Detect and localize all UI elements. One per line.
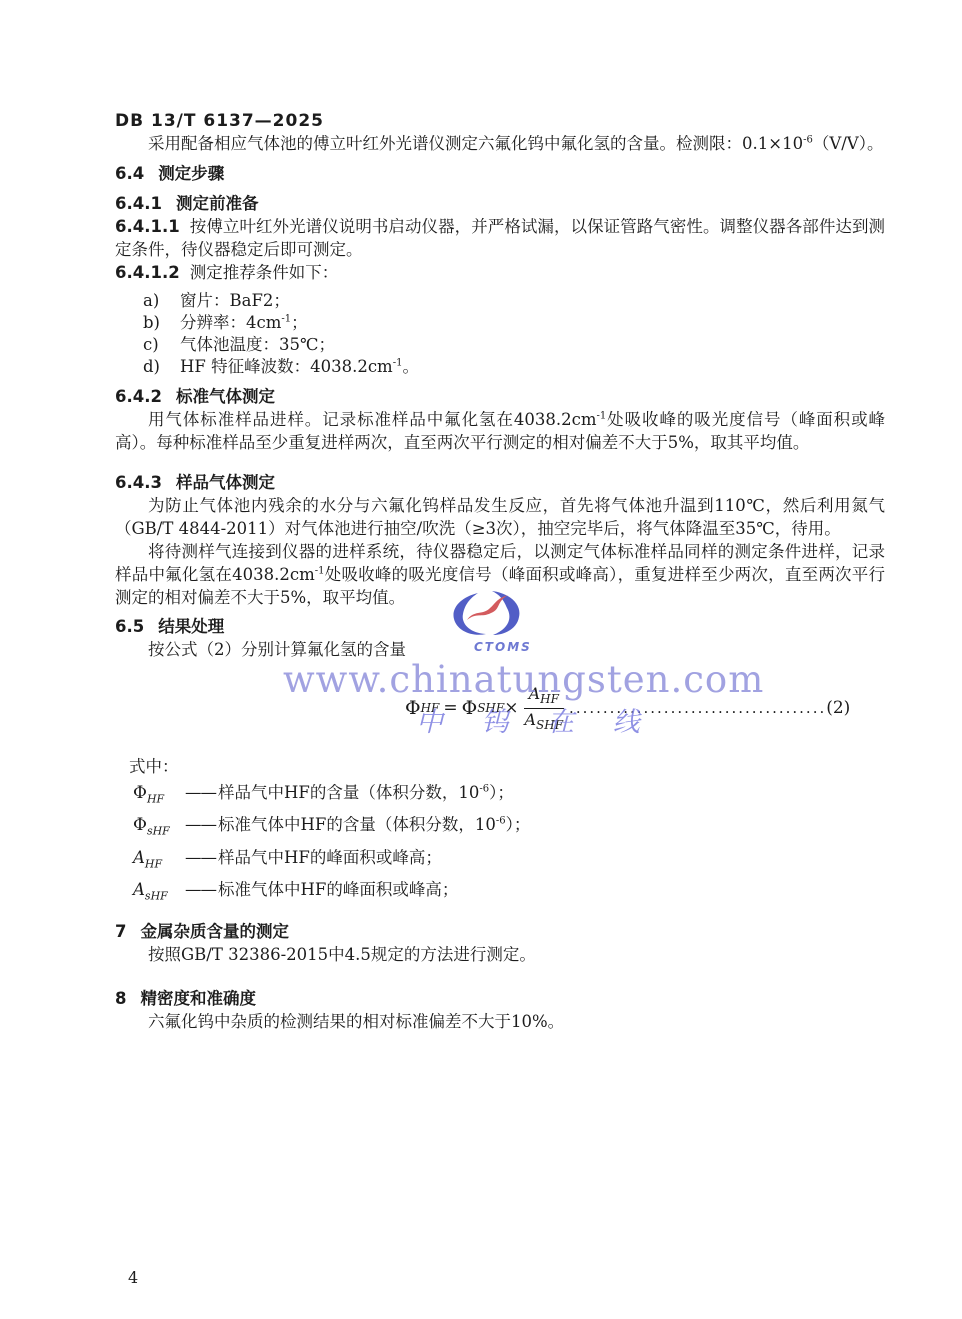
list-item: b)分辨率：4cm-1； bbox=[115, 312, 885, 334]
list-item-text: 窗片：BaF2； bbox=[180, 290, 290, 312]
paragraph-6-4-3-a: 为防止气体池内残余的水分与六氟化钨样品发生反应，首先将气体池升温到110℃，然后… bbox=[115, 494, 885, 540]
clause-6-4-1-2: 6.4.1.2测定推荐条件如下： bbox=[115, 261, 885, 284]
list-item-label: d) bbox=[143, 356, 180, 378]
section-number: 6.4.3 bbox=[115, 473, 162, 492]
section-heading-6-4: 6.4测定步骤 bbox=[115, 163, 885, 185]
page-number: 4 bbox=[128, 1268, 138, 1287]
section-heading-6-4-1: 6.4.1测定前准备 bbox=[115, 193, 885, 215]
list-item: c)气体池温度：35℃； bbox=[115, 334, 885, 356]
section-heading-6-4-3: 6.4.3样品气体测定 bbox=[115, 472, 885, 494]
section-number: 6.4 bbox=[115, 164, 144, 183]
document-page: DB 13/T 6137—2025 采用配备相应气体池的傅立叶红外光谱仪测定六氟… bbox=[0, 0, 962, 1319]
times-sign: × bbox=[504, 698, 518, 718]
clause-text: 测定推荐条件如下： bbox=[190, 263, 339, 282]
section-title: 测定前准备 bbox=[176, 194, 259, 213]
paragraph-8: 六氟化钨中杂质的检测结果的相对标准偏差不大于10%。 bbox=[115, 1010, 885, 1033]
list-item-label: b) bbox=[143, 312, 180, 334]
fraction: AHF ASHF bbox=[519, 684, 568, 731]
list-item-text: HF 特征峰波数：4038.2cm-1。 bbox=[180, 356, 419, 378]
section-heading-8: 8精密度和准确度 bbox=[115, 988, 885, 1010]
equation-lhs: Φ bbox=[405, 697, 421, 719]
list-item: a)窗片：BaF2； bbox=[115, 290, 885, 312]
symbol-definitions: ΦHF——样品气中HF的含量（体积分数，10-6）； ΦsHF——标准气体中HF… bbox=[115, 780, 885, 909]
equation-number: (2) bbox=[826, 698, 850, 718]
clause-number: 6.4.1.1 bbox=[115, 217, 180, 236]
definition-row: AsHF——标准气体中HF的峰面积或峰高； bbox=[115, 877, 885, 909]
section-number: 8 bbox=[115, 989, 126, 1008]
condition-list: a)窗片：BaF2； b)分辨率：4cm-1； c)气体池温度：35℃； d)H… bbox=[115, 290, 885, 378]
paragraph-7: 按照GB/T 32386-2015中4.5规定的方法进行测定。 bbox=[115, 943, 885, 966]
dot-leader: ...................................... bbox=[569, 699, 826, 717]
section-number: 6.5 bbox=[115, 617, 144, 636]
intro-exponent: -6 bbox=[803, 135, 813, 146]
equals-sign: = bbox=[443, 698, 457, 718]
equation-rhs: Φ bbox=[462, 697, 478, 719]
where-label: 式中： bbox=[115, 755, 885, 778]
intro-text: 采用配备相应气体池的傅立叶红外光谱仪测定六氟化钨中氟化氢的含量。检测限：0.1×… bbox=[148, 134, 803, 153]
formula-intro: 按公式（2）分别计算氟化氢的含量 bbox=[115, 638, 885, 661]
section-title: 精密度和准确度 bbox=[140, 989, 256, 1008]
clause-text: 按傅立叶红外光谱仪说明书启动仪器，并严格试漏，以保证管路气密性。调整仪器各部件达… bbox=[115, 217, 885, 259]
section-title: 金属杂质含量的测定 bbox=[140, 922, 289, 941]
intro-paragraph: 采用配备相应气体池的傅立叶红外光谱仪测定六氟化钨中氟化氢的含量。检测限：0.1×… bbox=[115, 132, 885, 155]
list-item-label: c) bbox=[143, 334, 180, 356]
section-number: 6.4.1 bbox=[115, 194, 162, 213]
section-title: 样品气体测定 bbox=[176, 473, 275, 492]
doc-number: DB 13/T 6137—2025 bbox=[115, 110, 885, 132]
fraction-denominator: ASHF bbox=[519, 709, 568, 732]
clause-number: 6.4.1.2 bbox=[115, 263, 180, 282]
list-item-label: a) bbox=[143, 290, 180, 312]
section-heading-7: 7金属杂质含量的测定 bbox=[115, 921, 885, 943]
fraction-numerator: AHF bbox=[524, 684, 564, 708]
document-content: DB 13/T 6137—2025 采用配备相应气体池的傅立叶红外光谱仪测定六氟… bbox=[115, 110, 885, 1033]
definition-row: ΦsHF——标准气体中HF的含量（体积分数，10-6）； bbox=[115, 812, 885, 844]
section-title: 结果处理 bbox=[158, 617, 224, 636]
list-item: d)HF 特征峰波数：4038.2cm-1。 bbox=[115, 356, 885, 378]
paragraph-6-4-2: 用气体标准样品进样。记录标准样品中氟化氢在4038.2cm-1处吸收峰的吸光度信… bbox=[115, 408, 885, 454]
definition-row: AHF——样品气中HF的峰面积或峰高； bbox=[115, 845, 885, 877]
clause-6-4-1-1: 6.4.1.1按傅立叶红外光谱仪说明书启动仪器，并严格试漏，以保证管路气密性。调… bbox=[115, 215, 885, 261]
intro-text-after: （V/V）。 bbox=[813, 134, 884, 153]
equation-2: ΦHF = ΦSHF × AHF ASHF ..................… bbox=[115, 677, 885, 739]
list-item-text: 气体池温度：35℃； bbox=[180, 334, 335, 356]
section-number: 6.4.2 bbox=[115, 387, 162, 406]
section-heading-6-4-2: 6.4.2标准气体测定 bbox=[115, 386, 885, 408]
section-number: 7 bbox=[115, 922, 126, 941]
paragraph-6-4-3-b: 将待测样气连接到仪器的进样系统，待仪器稳定后，以测定气体标准样品同样的测定条件进… bbox=[115, 540, 885, 609]
section-title: 标准气体测定 bbox=[176, 387, 275, 406]
definition-row: ΦHF——样品气中HF的含量（体积分数，10-6）； bbox=[115, 780, 885, 812]
section-title: 测定步骤 bbox=[158, 164, 224, 183]
list-item-text: 分辨率：4cm-1； bbox=[180, 312, 308, 334]
section-heading-6-5: 6.5结果处理 bbox=[115, 616, 885, 638]
